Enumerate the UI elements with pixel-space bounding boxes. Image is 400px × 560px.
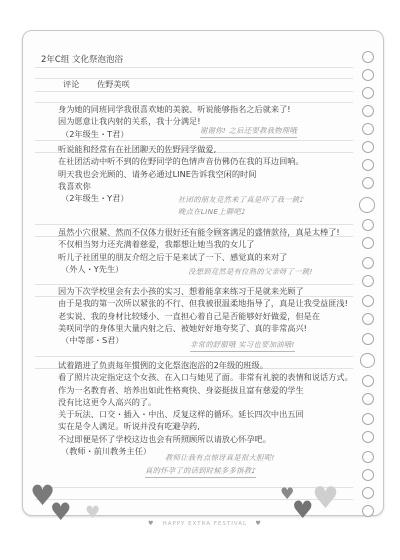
ring-hole-icon [362,257,374,269]
comment-line: 虽然小穴很紧、然而不仅体力很好还有能令顾客满足的盛情款待，真是太棒了! [58,226,340,238]
comment-line: 关于玩法、口交・插入・中出、反复这样的循环。延长四次中出五回 [58,408,353,420]
handwritten-reply: 晚点在LINE上聊吧♪ [178,207,246,217]
ring-hole-icon [362,159,374,171]
heart-icon: ♥ [50,500,72,524]
ring-hole-icon [362,51,374,63]
ring-hole-icon [362,219,374,231]
ring-hole-icon [362,487,374,499]
ring-hole-icon [362,237,374,249]
comment-line: 不仅相当努力还充满着慈爱，我都想让她当我的女儿了 [58,238,340,250]
rule-line [35,224,353,225]
ring-hole-icon [362,69,374,81]
handwritten-reply: 谢谢你! 之后还要教我物理哦 [200,126,297,138]
page-footer: ♥ HAPPY EXTRA FESTIVAL ♥ [148,520,262,527]
comment-line: 没有比这更令人高兴的了。 [58,396,353,408]
heart-icon: ♥ [255,520,261,527]
rule-line [35,78,353,79]
comment-line: 看了照片决定指定这个女孩、在入口与她见了面。非常有礼貌的表情和说话方式。 [58,371,353,383]
footer-text: HAPPY EXTRA FESTIVAL [163,521,247,527]
rule-line [35,487,353,488]
ring-hole-icon [362,431,374,443]
ring-hole-icon [362,295,374,307]
heart-icon: ♥ [148,520,154,527]
comment-line: 因为下次学校里会有去小孩的实习、想着能拿来练习于是就来光顾了 [58,285,348,297]
heart-icon: ♥ [85,505,100,522]
heart-icon: ♥ [292,498,314,522]
comment-line: 作为一名教育者、培养出如此性格爽快、身姿挺拔且富有慈爱的学生 [58,384,353,396]
ring-hole-icon [362,141,374,153]
comment-line: 听说能和经常有在社团聊天的佐野同学做爱, [58,143,304,155]
ring-hole-icon [362,87,374,99]
ring-hole-icon [362,451,374,463]
comment-line: 我喜欢你 [58,180,304,192]
rule-line [35,67,353,68]
comment-line: 不过即便是怀了学校这边也会有所照顾所以请放心怀孕吧。 [58,433,353,445]
handwritten-reply: 非常的舒服哦 实习也要加油哦! [190,340,295,352]
ring-hole-icon [360,353,375,368]
comment-entry: 试着踏进了负责每年惯例的文化祭泡泡浴的2年级的班级。 看了照片决定指定这个女孩、… [58,359,353,457]
ring-hole-icon [362,393,374,405]
comment-line: 由于是我的第一次所以紧张的不行、但我被很温柔地指导了，真是让我受益匪浅! [58,297,348,309]
ring-hole-icon [362,313,374,325]
page-title: 2年C组 文化祭泡泡浴 [41,55,123,66]
comment-label: 评论 [63,79,79,90]
ring-hole-icon [362,333,374,345]
handwritten-reply: 真的怀孕了的话到时候多多指教♪ [145,466,256,478]
comment-line: 美咲同学的身体里大量内射之后、被她好好地夸奖了、真的非常高兴! [58,322,348,334]
ring-hole-icon [362,505,374,517]
rule-line [35,356,353,357]
handwritten-reply: 社团的朋友竟然来了真是吓了我一跳♪ [178,195,305,205]
comment-line: 明天我也会光顾的、请务必通过LINE告诉我空闲的时间 [58,168,304,180]
rule-line [35,91,353,92]
handwritten-reply: 教师让我有点惊讶真是很大胆呢! [165,453,275,463]
ring-hole-icon [362,275,374,287]
ring-hole-icon [362,177,374,189]
ring-hole-icon [362,375,374,387]
comment-line: 在社团活动中听不到的佐野同学的色情声音仿佛仍在我的耳边回响。 [58,155,304,167]
rule-line [35,140,353,141]
comment-line: 试着踏进了负责每年惯例的文化祭泡泡浴的2年级的班级。 [58,359,353,371]
ring-hole-icon [362,413,374,425]
comment-line: 听儿子社团里的朋友介绍之后于是来试了一下、感觉真的来对了 [58,251,340,263]
comment-line: 身为她的同班同学我很喜欢她的美貌、听说能够指名之后就来了! [58,103,291,115]
ring-hole-icon [359,197,375,213]
heart-icon: ♥ [312,484,339,514]
ring-hole-icon [362,123,374,135]
comment-entry: 因为下次学校里会有去小孩的实习、想着能拿来练习于是就来光顾了 由于是我的第一次所… [58,285,348,346]
ring-hole-icon [362,105,374,117]
comment-line: 老实说、我的身材比较矮小、一直担心着自己是否能够好好做爱，但是在 [58,310,348,322]
ring-hole-icon [362,469,374,481]
comment-author: 佐野美咲 [97,79,130,90]
handwritten-reply: 没想到竟然是有位熟的父亲呀了一跳! [188,267,313,277]
comment-line: 实在是令人满足。听说并没有吃避孕药, [58,420,353,432]
